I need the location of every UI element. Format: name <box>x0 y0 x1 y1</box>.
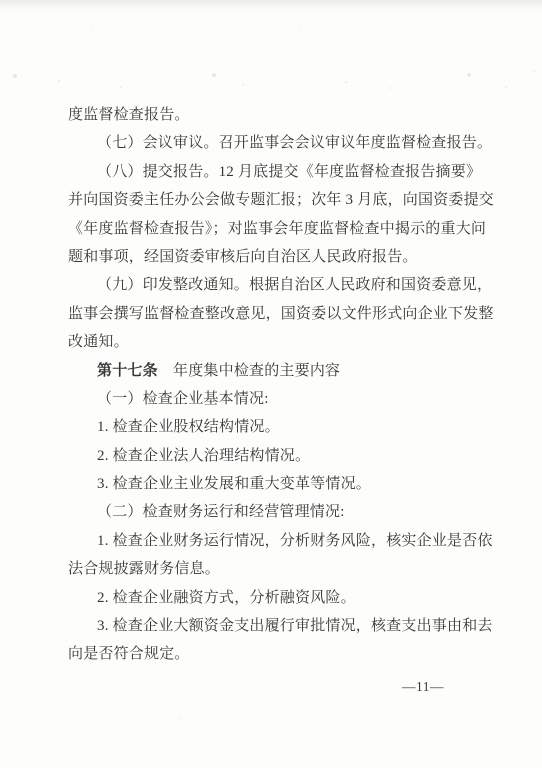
text-line: （八）提交报告。12 月底提交《年度监督检查报告摘要》 <box>68 158 482 186</box>
text-line: 1. 检查企业股权结构情况。 <box>68 413 482 441</box>
document-body: 度监督检查报告。 （七）会议审议。召开监事会会议审议年度监督检查报告。 （八）提… <box>68 101 482 669</box>
text-line: 法合规披露财务信息。 <box>68 555 482 583</box>
text-line: （二）检查财务运行和经营管理情况: <box>68 498 482 526</box>
text-line: （一）检查企业基本情况: <box>68 385 482 413</box>
text-line: （七）会议审议。召开监事会会议审议年度监督检查报告。 <box>68 129 482 157</box>
text-line: 1. 检查企业财务运行情况，分析财务风险，核实企业是否依 <box>68 527 482 555</box>
text-line: 度监督检查报告。 <box>68 101 482 129</box>
scanner-edge-shadow <box>0 0 542 10</box>
document-page: 度监督检查报告。 （七）会议审议。召开监事会会议审议年度监督检查报告。 （八）提… <box>0 0 542 768</box>
text-line: 监事会撰写监督检查整改意见，国资委以文件形式向企业下发整 <box>68 300 482 328</box>
text-line-article: 第十七条 年度集中检查的主要内容 <box>68 357 482 385</box>
scan-noise-speckles <box>0 0 2 2</box>
page-number: —11— <box>402 678 444 696</box>
text-line: 并向国资委主任办公会做专题汇报；次年 3 月底，向国资委提交 <box>68 186 482 214</box>
article-number-label: 第十七条 <box>97 363 158 379</box>
text-line: 向是否符合规定。 <box>68 640 482 668</box>
text-line: 3. 检查企业主业发展和重大变革等情况。 <box>68 470 482 498</box>
text-line: 题和事项，经国资委审核后向自治区人民政府报告。 <box>68 243 482 271</box>
text-line: 《年度监督检查报告》；对监事会年度监督检查中揭示的重大问 <box>68 215 482 243</box>
text-line: 2. 检查企业融资方式，分析融资风险。 <box>68 584 482 612</box>
text-line: （九）印发整改通知。根据自治区人民政府和国资委意见， <box>68 271 482 299</box>
text-line: 3. 检查企业大额资金支出履行审批情况，核查支出事由和去 <box>68 612 482 640</box>
article-title-label: 年度集中检查的主要内容 <box>158 363 340 379</box>
text-line: 改通知。 <box>68 328 482 356</box>
text-line: 2. 检查企业法人治理结构情况。 <box>68 442 482 470</box>
